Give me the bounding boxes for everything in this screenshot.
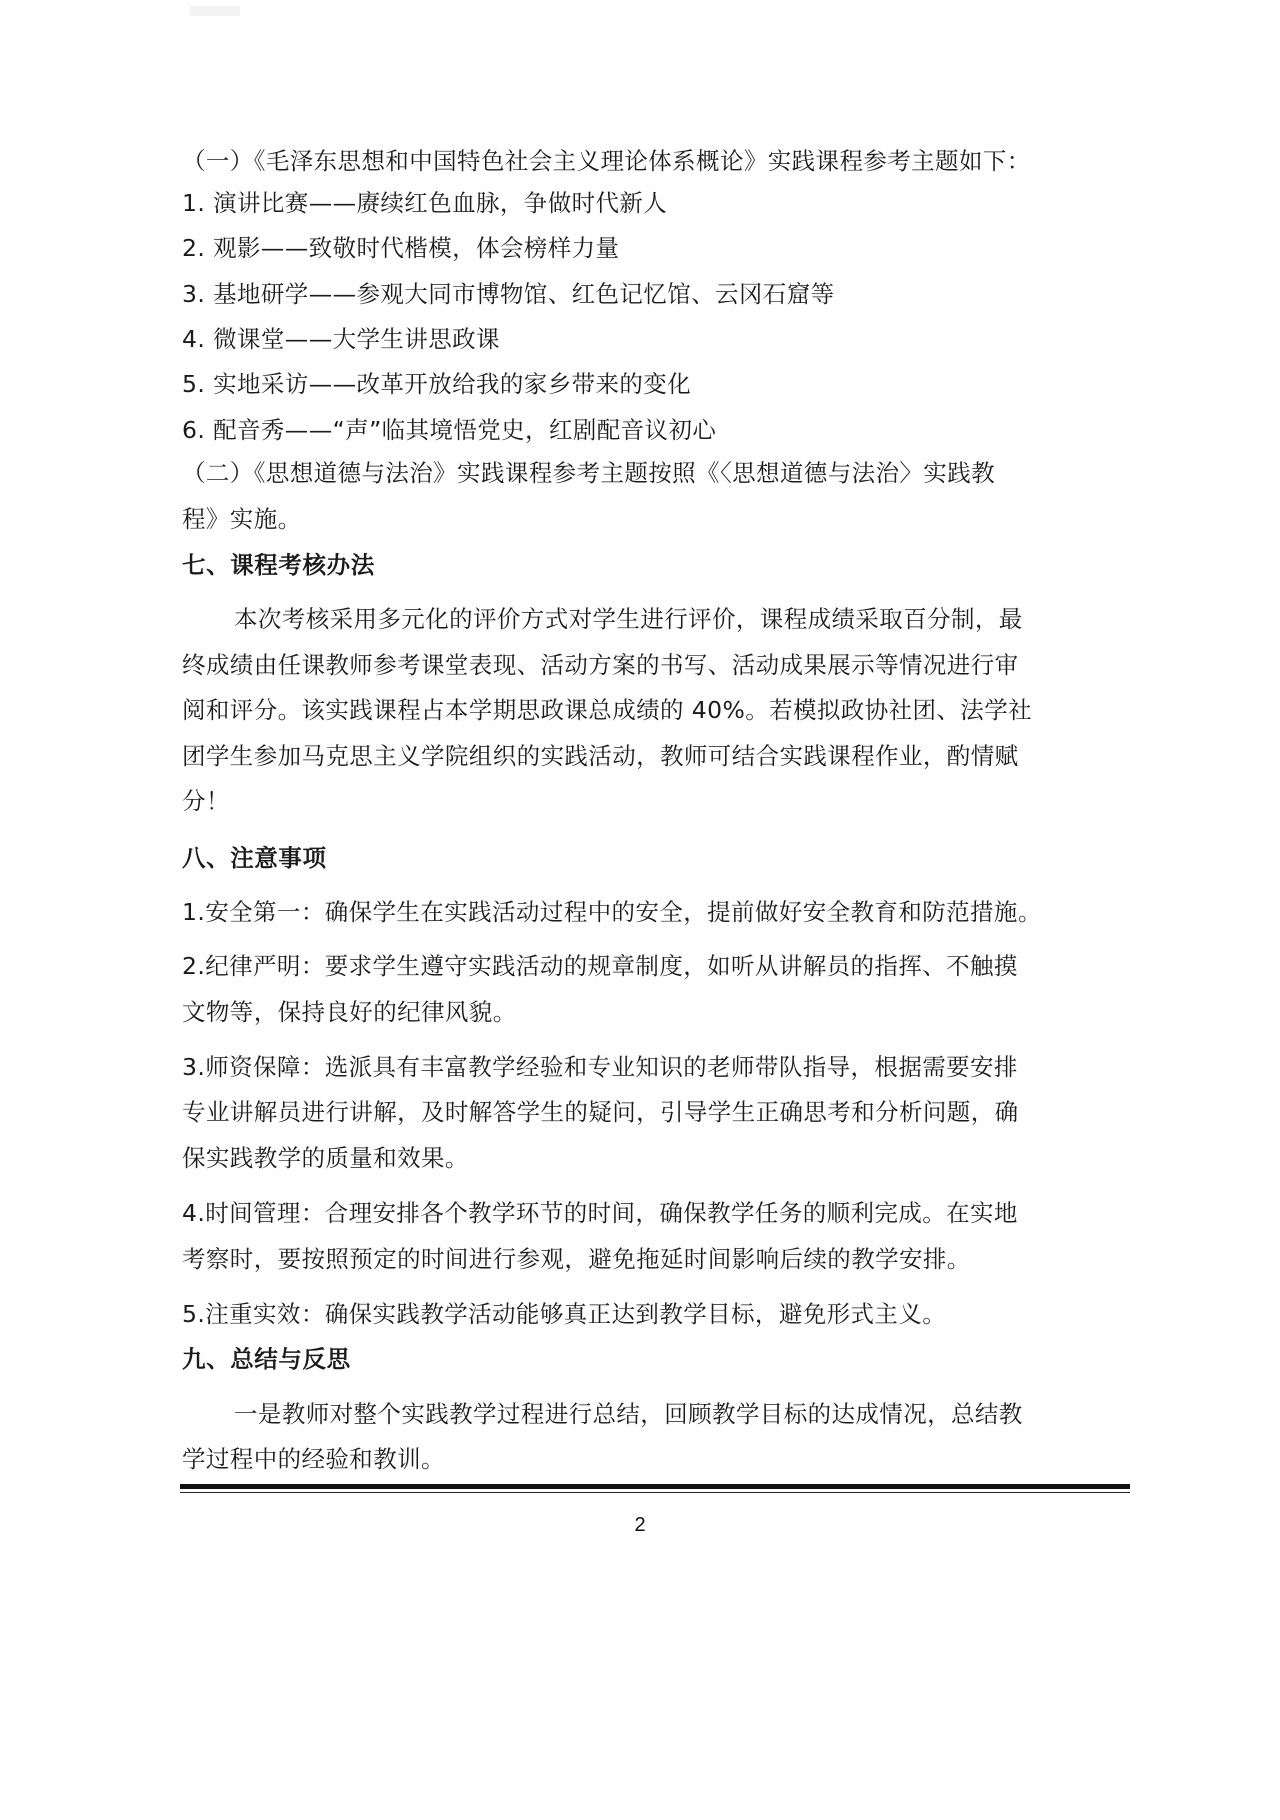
topic-item-3: 3. 基地研学——参观大同市博物馆、红色记忆馆、云冈石窟等 (182, 279, 835, 309)
sub-section-2-line-1: （二）《思想道德与法治》实践课程参考主题按照《〈思想道德与法治〉实践教 (182, 458, 995, 488)
notice-item-1-line-1: 1.安全第一：确保学生在实践活动过程中的安全，提前做好安全教育和防范措施。 (182, 897, 1042, 927)
topic-item-2: 2. 观影——致敬时代楷模，体会榜样力量 (182, 233, 619, 263)
footer-rule-thick (180, 1484, 1130, 1489)
section-7-paragraph-line-5: 分！ (182, 786, 230, 816)
notice-item-3-line-2: 专业讲解员进行讲解，及时解答学生的疑问，引导学生正确思考和分析问题，确 (182, 1097, 1019, 1127)
section-9-paragraph-line-2: 学过程中的经验和教训。 (182, 1444, 445, 1474)
section-9-heading: 九、总结与反思 (182, 1344, 351, 1374)
document-page: （一）《毛泽东思想和中国特色社会主义理论体系概论》实践课程参考主题如下： 1. … (0, 0, 1280, 1820)
section-7-paragraph-line-1: 本次考核采用多元化的评价方式对学生进行评价，课程成绩采取百分制，最 (234, 604, 1023, 634)
notice-item-4-line-1: 4.时间管理：合理安排各个教学环节的时间，确保教学任务的顺利完成。在实地 (182, 1198, 1018, 1228)
section-7-paragraph-line-2: 终成绩由任课教师参考课堂表现、活动方案的书写、活动成果展示等情况进行审 (182, 650, 1019, 680)
notice-item-4-line-2: 考察时，要按照预定的时间进行参观，避免拖延时间影响后续的教学安排。 (182, 1244, 971, 1274)
notice-item-3-line-1: 3.师资保障：选派具有丰富教学经验和专业知识的老师带队指导，根据需要安排 (182, 1052, 1018, 1082)
footer-rule-thin (180, 1492, 1130, 1493)
topic-item-6: 6. 配音秀——“声”临其境悟党史，红剧配音议初心 (182, 415, 716, 445)
section-7-heading: 七、课程考核办法 (182, 550, 375, 580)
notice-item-2-line-1: 2.纪律严明：要求学生遵守实践活动的规章制度，如听从讲解员的指挥、不触摸 (182, 951, 1018, 981)
notice-item-5-line-1: 5.注重实效：确保实践教学活动能够真正达到教学目标，避免形式主义。 (182, 1299, 946, 1329)
topic-item-5: 5. 实地采访——改革开放给我的家乡带来的变化 (182, 369, 691, 399)
page-number: 2 (0, 1512, 1280, 1538)
section-7-paragraph-line-3: 阅和评分。该实践课程占本学期思政课总成绩的 40%。若模拟政协社团、法学社 (182, 695, 1032, 725)
sub-section-1-title: （一）《毛泽东思想和中国特色社会主义理论体系概论》实践课程参考主题如下： (182, 146, 1031, 176)
scan-artifact (190, 6, 240, 16)
section-8-heading: 八、注意事项 (182, 843, 327, 873)
topic-item-4: 4. 微课堂——大学生讲思政课 (182, 324, 500, 354)
topic-item-1: 1. 演讲比赛——赓续红色血脉，争做时代新人 (182, 188, 667, 218)
notice-item-2-line-2: 文物等，保持良好的纪律风貌。 (182, 997, 517, 1027)
section-9-paragraph-line-1: 一是教师对整个实践教学过程进行总结，回顾教学目标的达成情况，总结教 (234, 1399, 1023, 1429)
sub-section-2-line-2: 程》实施。 (182, 504, 302, 534)
notice-item-3-line-3: 保实践教学的质量和效果。 (182, 1143, 469, 1173)
section-7-paragraph-line-4: 团学生参加马克思主义学院组织的实践活动，教师可结合实践课程作业，酌情赋 (182, 741, 1019, 771)
